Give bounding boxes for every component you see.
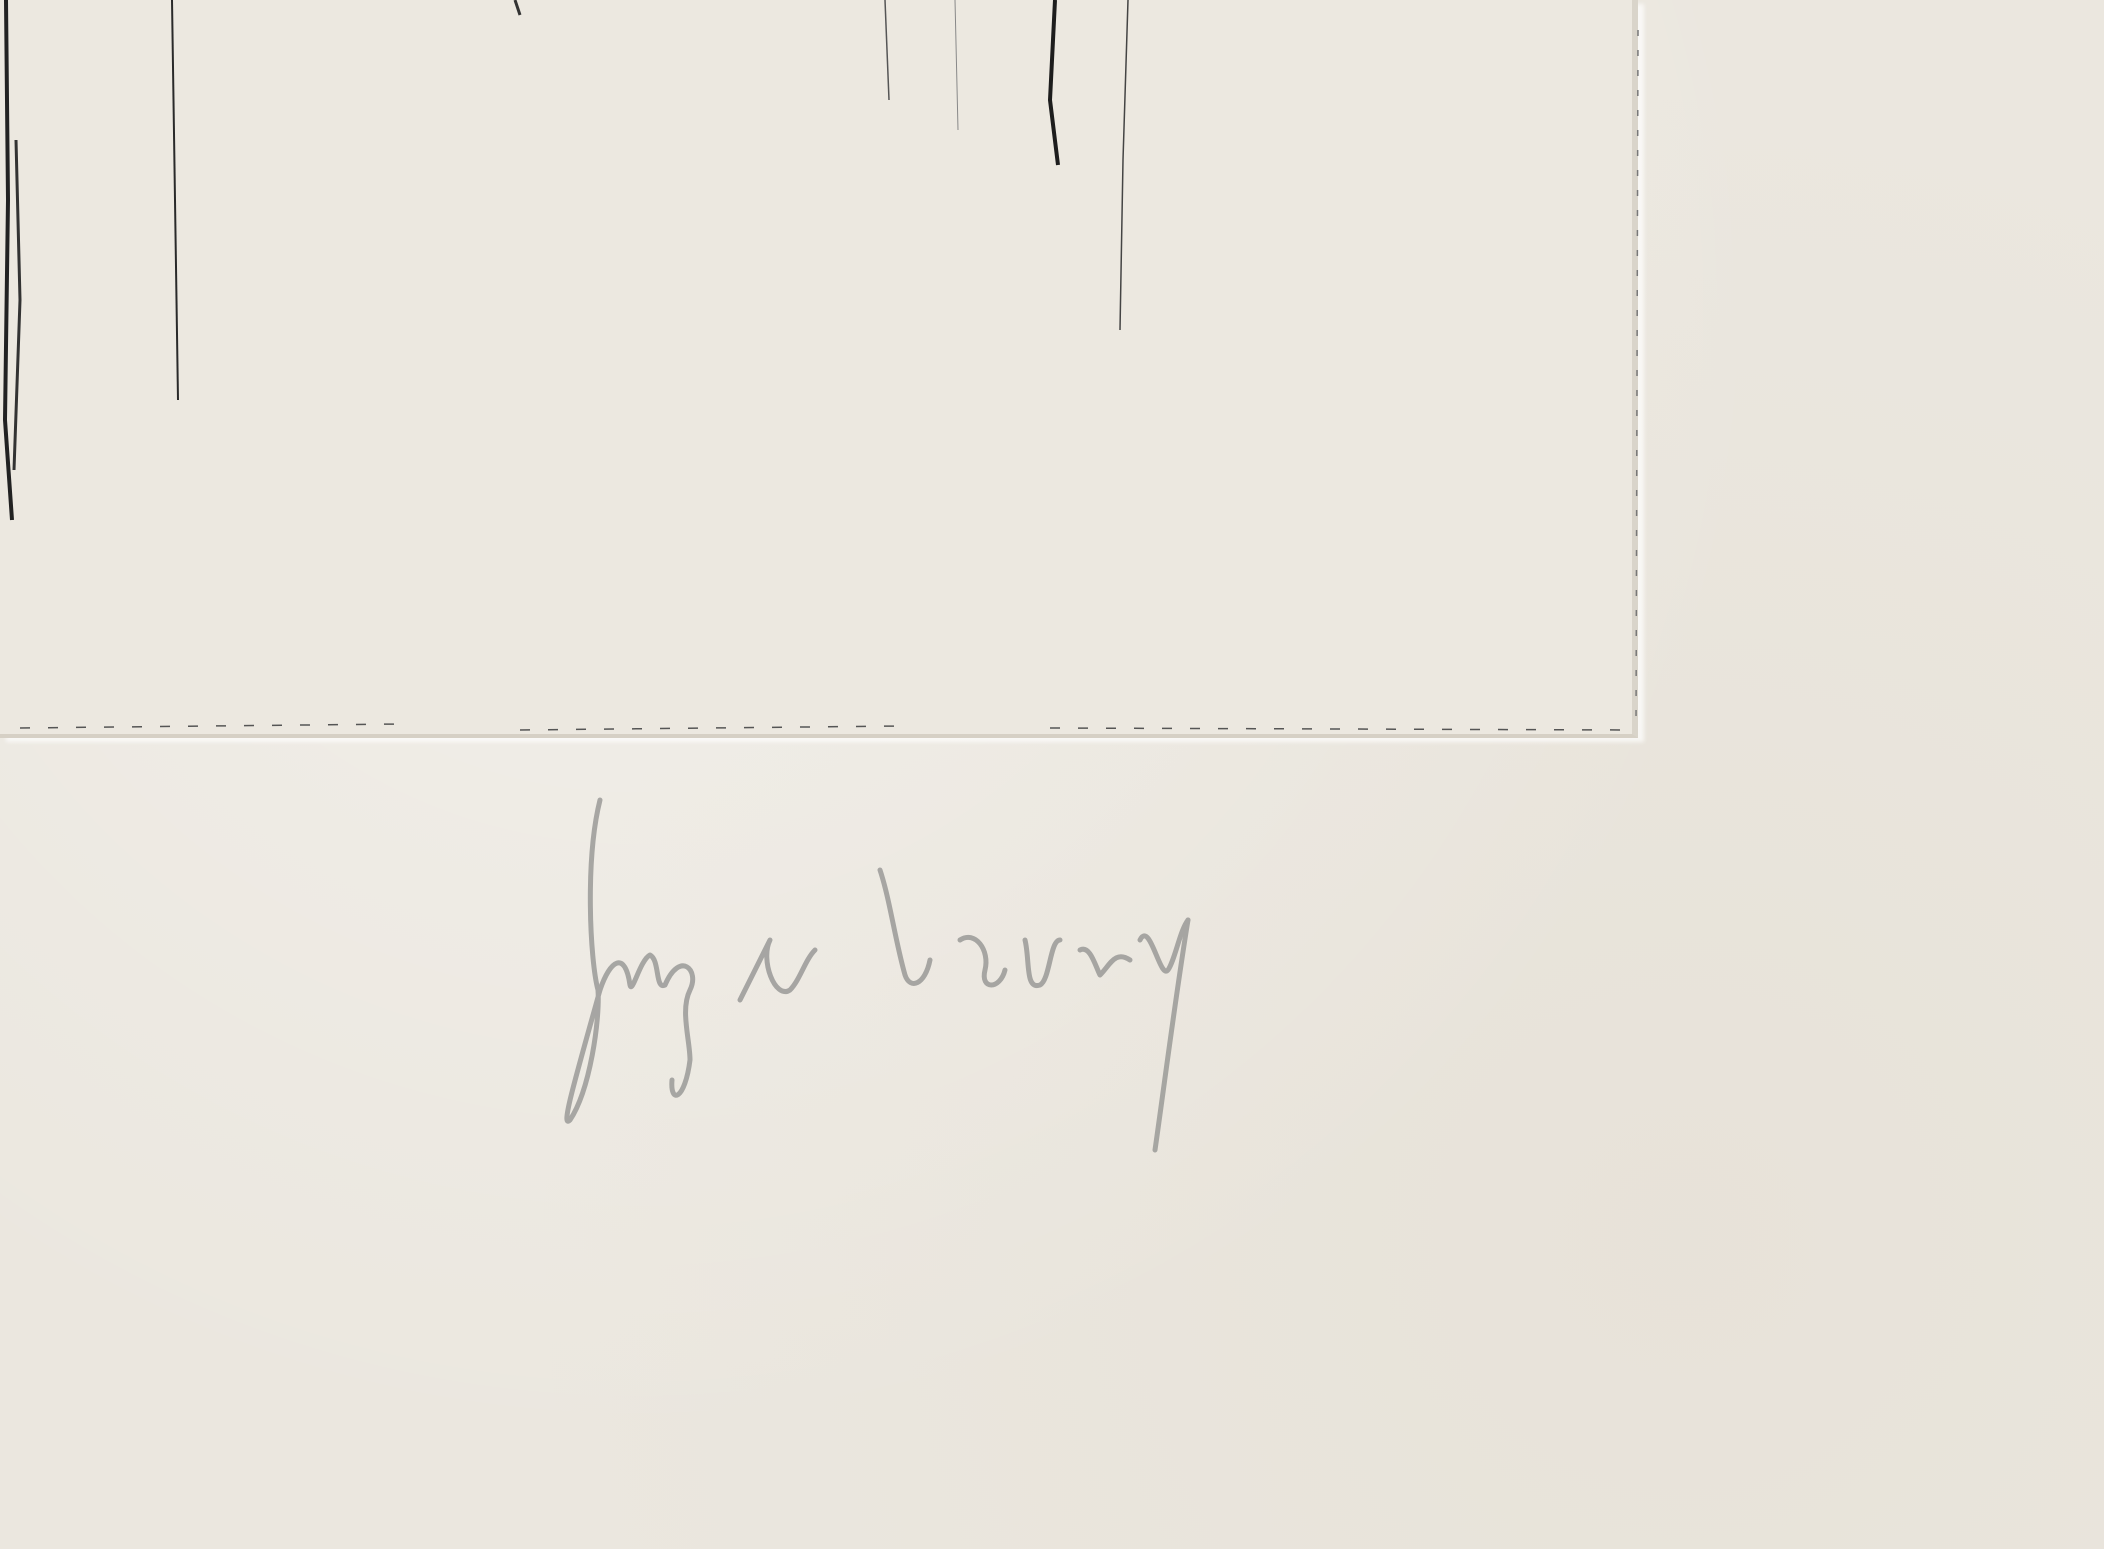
pencil-signature [0,0,2104,1549]
